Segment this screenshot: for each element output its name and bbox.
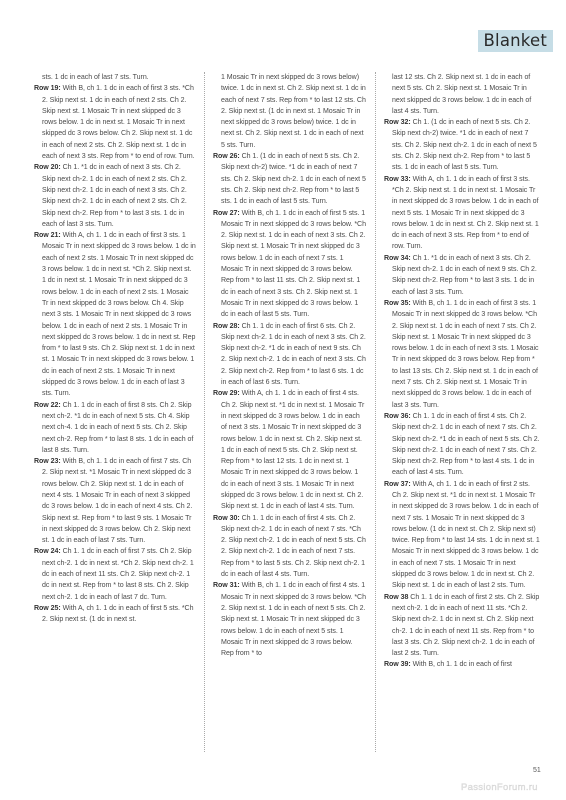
column-3: last 12 sts. Ch 2. Skip next st. 1 dc in… <box>375 72 540 752</box>
row-text: With B, ch 1. 1 dc in each of first 5 st… <box>221 210 366 319</box>
row-label: Row 36: <box>384 413 411 420</box>
paragraph: Row 31: With B, ch 1. 1 dc in each of fi… <box>213 580 367 659</box>
page-number: 51 <box>533 767 541 774</box>
paragraph: Row 34: Ch 1. *1 dc in each of next 3 st… <box>384 253 540 298</box>
row-text: With B, ch 1. 1 dc in each of first 3 st… <box>42 85 195 160</box>
paragraph: Row 30: Ch 1. 1 dc in each of first 4 st… <box>213 513 367 581</box>
row-text: Ch 1. *1 dc in each of next 3 sts. Ch 2.… <box>42 164 187 227</box>
row-label: Row 37: <box>384 481 411 488</box>
row-text: last 12 sts. Ch 2. Skip next st. 1 dc in… <box>392 74 531 115</box>
row-label: Row 32: <box>384 119 411 126</box>
paragraph: Row 19: With B, ch 1. 1 dc in each of fi… <box>34 83 196 162</box>
paragraph: Row 22: Ch 1. 1 dc in each of first 8 st… <box>34 400 196 456</box>
paragraph: 1 Mosaic Tr in next skipped dc 3 rows be… <box>213 72 367 151</box>
row-label: Row 26: <box>213 153 240 160</box>
row-text: Ch 1. 1 dc in each of first 6 sts. Ch 2.… <box>221 323 366 386</box>
row-text: With B, ch 1. 1 dc in each of first 4 st… <box>221 582 366 657</box>
paragraph: Row 25: With A, ch 1. 1 dc in each of fi… <box>34 603 196 626</box>
paragraph: Row 33: With A, ch 1. 1 dc in each of fi… <box>384 174 540 253</box>
row-label: Row 19: <box>34 85 61 92</box>
row-label: Row 31: <box>213 582 240 589</box>
row-text: Ch 1. 1 dc in each of first 4 sts. Ch 2.… <box>221 515 366 578</box>
row-text: With B, ch 1. 1 dc in each of first 7 st… <box>42 458 192 544</box>
row-label: Row 28: <box>213 323 240 330</box>
row-text: Ch 1. (1 dc in each of next 5 sts. Ch 2.… <box>392 119 537 171</box>
paragraph: Row 39: With B, ch 1. 1 dc in each of fi… <box>384 659 540 670</box>
row-label: Row 23: <box>34 458 61 465</box>
paragraph: Row 36: Ch 1. 1 dc in each of first 4 st… <box>384 411 540 479</box>
column-2: 1 Mosaic Tr in next skipped dc 3 rows be… <box>204 72 375 752</box>
column-1: sts. 1 dc in each of last 7 sts. Turn. R… <box>34 72 204 752</box>
paragraph: Row 32: Ch 1. (1 dc in each of next 5 st… <box>384 117 540 173</box>
section-title: Blanket <box>478 30 553 52</box>
row-text: With A, ch 1. 1 dc in each of first 3 st… <box>42 232 196 397</box>
paragraph: sts. 1 dc in each of last 7 sts. Turn. <box>34 72 196 83</box>
row-label: Row 25: <box>34 605 61 612</box>
paragraph: Row 23: With B, ch 1. 1 dc in each of fi… <box>34 456 196 546</box>
row-label: Row 24: <box>34 548 61 555</box>
paragraph: Row 26: Ch 1. (1 dc in each of next 5 st… <box>213 151 367 207</box>
paragraph: Row 38 Ch 1. 1 dc in each of first 2 sts… <box>384 592 540 660</box>
paragraph: Row 20: Ch 1. *1 dc in each of next 3 st… <box>34 162 196 230</box>
paragraph: last 12 sts. Ch 2. Skip next st. 1 dc in… <box>384 72 540 117</box>
row-label: Row 21: <box>34 232 61 239</box>
row-label: Row 33: <box>384 176 411 183</box>
row-text: Ch 1. (1 dc in each of next 5 sts. Ch 2.… <box>221 153 366 205</box>
row-text: With B, ch 1. 1 dc in each of first 3 st… <box>392 300 538 409</box>
row-text: sts. 1 dc in each of last 7 sts. Turn. <box>42 74 149 81</box>
row-text: With A, ch 1. 1 dc in each of first 4 st… <box>221 390 364 510</box>
row-label: Row 30: <box>213 515 240 522</box>
row-text: 1 Mosaic Tr in next skipped dc 3 rows be… <box>221 74 366 149</box>
row-label: Row 39: <box>384 661 411 668</box>
row-text: Ch 1. 1 dc in each of first 2 sts. Ch 2.… <box>392 594 539 657</box>
row-text: Ch 1. *1 dc in each of next 3 sts. Ch 2.… <box>392 255 537 296</box>
row-text: With A, ch 1. 1 dc in each of first 5 st… <box>42 605 193 623</box>
paragraph: Row 35: With B, ch 1. 1 dc in each of fi… <box>384 298 540 411</box>
row-label: Row 35: <box>384 300 411 307</box>
row-text: With A, ch 1. 1 dc in each of first 2 st… <box>392 481 540 590</box>
paragraph: Row 29: With A, ch 1. 1 dc in each of fi… <box>213 388 367 512</box>
watermark: PassionForum.ru <box>461 782 538 793</box>
row-label: Row 29: <box>213 390 240 397</box>
row-text: Ch 1. 1 dc in each of first 7 sts. Ch 2.… <box>42 548 194 600</box>
row-label: Row 27: <box>213 210 240 217</box>
paragraph: Row 27: With B, ch 1. 1 dc in each of fi… <box>213 208 367 321</box>
paragraph: Row 24: Ch 1. 1 dc in each of first 7 st… <box>34 546 196 602</box>
row-text: With A, ch 1. 1 dc in each of first 3 st… <box>392 176 539 251</box>
paragraph: Row 21: With A, ch 1. 1 dc in each of fi… <box>34 230 196 399</box>
row-label: Row 38 <box>384 594 408 601</box>
row-text: With B, ch 1. 1 dc in each of first <box>411 661 512 668</box>
paragraph: Row 28: Ch 1. 1 dc in each of first 6 st… <box>213 321 367 389</box>
paragraph: Row 37: With A, ch 1. 1 dc in each of fi… <box>384 479 540 592</box>
row-text: Ch 1. 1 dc in each of first 4 sts. Ch 2.… <box>392 413 540 476</box>
row-label: Row 34: <box>384 255 411 262</box>
instructions-columns: sts. 1 dc in each of last 7 sts. Turn. R… <box>34 72 540 752</box>
row-text: Ch 1. 1 dc in each of first 8 sts. Ch 2.… <box>42 402 193 454</box>
row-label: Row 22: <box>34 402 61 409</box>
row-label: Row 20: <box>34 164 61 171</box>
